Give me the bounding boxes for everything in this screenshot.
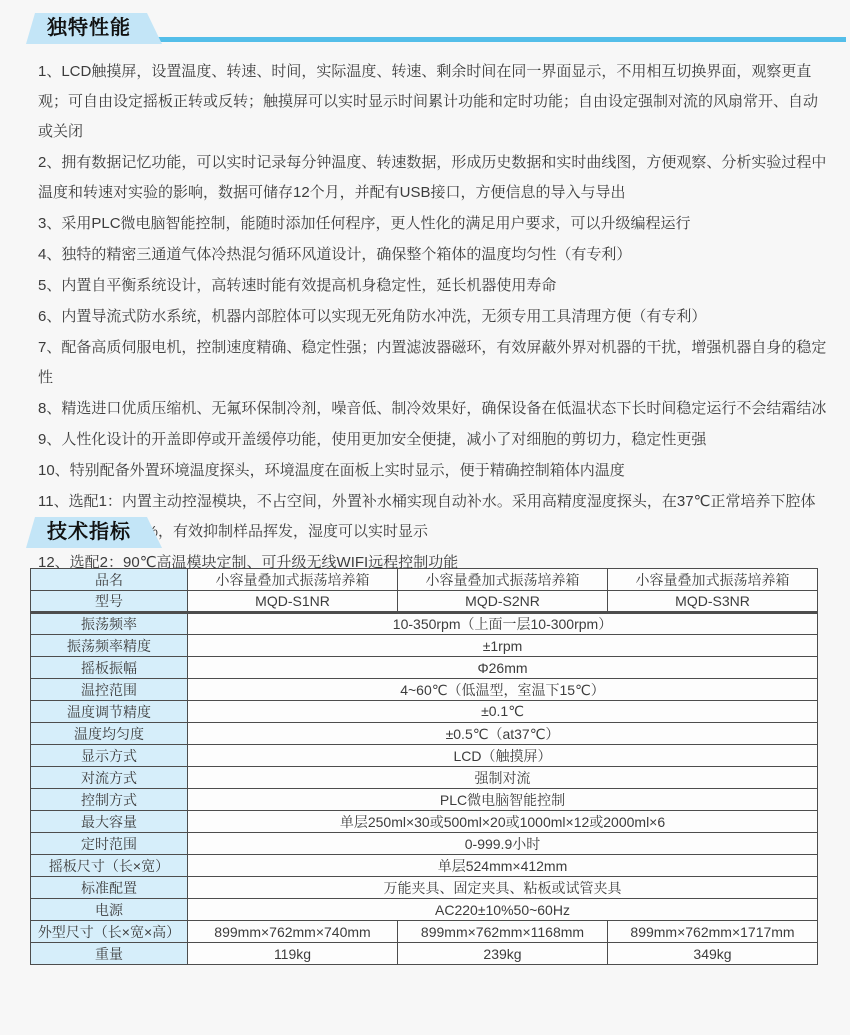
spec-row: 振荡频率10-350rpm（上面一层10-300rpm） bbox=[31, 613, 818, 635]
section-header-tech-specs: 技术指标 bbox=[26, 517, 162, 548]
spec-value-cell: 0-999.9小时 bbox=[188, 833, 818, 855]
spec-row: 摇板尺寸（长×宽）单层524mm×412mm bbox=[31, 855, 818, 877]
spec-row: 品名小容量叠加式振荡培养箱小容量叠加式振荡培养箱小容量叠加式振荡培养箱 bbox=[31, 569, 818, 591]
spec-value-cell: 小容量叠加式振荡培养箱 bbox=[188, 569, 398, 591]
feature-item: 1、LCD触摸屏，设置温度、转速、时间，实际温度、转速、剩余时间在同一界面显示，… bbox=[38, 57, 828, 147]
spec-value-cell: ±0.1℃ bbox=[188, 701, 818, 723]
spec-label-cell: 最大容量 bbox=[31, 811, 188, 833]
spec-label-cell: 标准配置 bbox=[31, 877, 188, 899]
spec-row: 对流方式强制对流 bbox=[31, 767, 818, 789]
spec-label-cell: 重量 bbox=[31, 943, 188, 965]
spec-label-cell: 温度调节精度 bbox=[31, 701, 188, 723]
section-header-unique-features: 独特性能 bbox=[26, 13, 162, 44]
spec-row: 重量119kg239kg349kg bbox=[31, 943, 818, 965]
spec-label-cell: 定时范围 bbox=[31, 833, 188, 855]
spec-row: 温度调节精度±0.1℃ bbox=[31, 701, 818, 723]
spec-row: 定时范围0-999.9小时 bbox=[31, 833, 818, 855]
spec-value-cell: 小容量叠加式振荡培养箱 bbox=[608, 569, 818, 591]
spec-label-cell: 外型尺寸（长×宽×高） bbox=[31, 921, 188, 943]
specs-table: 品名小容量叠加式振荡培养箱小容量叠加式振荡培养箱小容量叠加式振荡培养箱型号MQD… bbox=[30, 568, 818, 965]
feature-item: 8、精选进口优质压缩机、无氟环保制冷剂，噪音低、制冷效果好，确保设备在低温状态下… bbox=[38, 394, 828, 424]
feature-item: 5、内置自平衡系统设计，高转速时能有效提高机身稳定性，延长机器使用寿命 bbox=[38, 271, 828, 301]
spec-value-cell: 349kg bbox=[608, 943, 818, 965]
spec-value-cell: AC220±10%50~60Hz bbox=[188, 899, 818, 921]
spec-label-cell: 控制方式 bbox=[31, 789, 188, 811]
spec-value-cell: 239kg bbox=[398, 943, 608, 965]
spec-value-cell: PLC微电脑智能控制 bbox=[188, 789, 818, 811]
spec-row: 振荡频率精度±1rpm bbox=[31, 635, 818, 657]
spec-label-cell: 型号 bbox=[31, 591, 188, 613]
spec-label-cell: 摇板尺寸（长×宽） bbox=[31, 855, 188, 877]
feature-item: 9、人性化设计的开盖即停或开盖缓停功能，使用更加安全便捷，减小了对细胞的剪切力，… bbox=[38, 425, 828, 455]
spec-row: 最大容量单层250ml×30或500ml×20或1000ml×12或2000ml… bbox=[31, 811, 818, 833]
spec-label-cell: 对流方式 bbox=[31, 767, 188, 789]
spec-value-cell: 899mm×762mm×1717mm bbox=[608, 921, 818, 943]
spec-value-cell: MQD-S1NR bbox=[188, 591, 398, 613]
spec-row: 温控范围4~60℃（低温型，室温下15℃） bbox=[31, 679, 818, 701]
feature-item: 2、拥有数据记忆功能，可以实时记录每分钟温度、转速数据，形成历史数据和实时曲线图… bbox=[38, 148, 828, 208]
feature-item: 3、采用PLC微电脑智能控制，能随时添加任何程序，更人性化的满足用户要求，可以升… bbox=[38, 209, 828, 239]
spec-value-cell: MQD-S2NR bbox=[398, 591, 608, 613]
feature-list: 1、LCD触摸屏，设置温度、转速、时间，实际温度、转速、剩余时间在同一界面显示，… bbox=[38, 57, 828, 579]
spec-row: 电源AC220±10%50~60Hz bbox=[31, 899, 818, 921]
spec-value-cell: ±0.5℃（at37℃） bbox=[188, 723, 818, 745]
spec-row: 外型尺寸（长×宽×高）899mm×762mm×740mm899mm×762mm×… bbox=[31, 921, 818, 943]
header-accent-line bbox=[92, 37, 846, 42]
spec-value-cell: Φ26mm bbox=[188, 657, 818, 679]
spec-value-cell: LCD（触摸屏） bbox=[188, 745, 818, 767]
spec-row: 显示方式LCD（触摸屏） bbox=[31, 745, 818, 767]
spec-value-cell: 899mm×762mm×1168mm bbox=[398, 921, 608, 943]
spec-row: 型号MQD-S1NRMQD-S2NRMQD-S3NR bbox=[31, 591, 818, 613]
spec-value-cell: 899mm×762mm×740mm bbox=[188, 921, 398, 943]
section-title-unique-features: 独特性能 bbox=[26, 13, 162, 44]
spec-label-cell: 振荡频率精度 bbox=[31, 635, 188, 657]
spec-label-cell: 电源 bbox=[31, 899, 188, 921]
feature-item: 6、内置导流式防水系统，机器内部腔体可以实现无死角防水冲洗，无须专用工具清理方便… bbox=[38, 302, 828, 332]
spec-label-cell: 温控范围 bbox=[31, 679, 188, 701]
spec-value-cell: 强制对流 bbox=[188, 767, 818, 789]
spec-value-cell: 小容量叠加式振荡培养箱 bbox=[398, 569, 608, 591]
spec-value-cell: 119kg bbox=[188, 943, 398, 965]
feature-item: 10、特别配备外置环境温度探头，环境温度在面板上实时显示，便于精确控制箱体内温度 bbox=[38, 456, 828, 486]
spec-row: 标准配置万能夹具、固定夹具、粘板或试管夹具 bbox=[31, 877, 818, 899]
spec-row: 控制方式PLC微电脑智能控制 bbox=[31, 789, 818, 811]
spec-row: 温度均匀度±0.5℃（at37℃） bbox=[31, 723, 818, 745]
section-title-tech-specs: 技术指标 bbox=[26, 517, 162, 548]
spec-value-cell: MQD-S3NR bbox=[608, 591, 818, 613]
spec-label-cell: 摇板振幅 bbox=[31, 657, 188, 679]
feature-item: 7、配备高质伺服电机，控制速度精确、稳定性强；内置滤波器磁环，有效屏蔽外界对机器… bbox=[38, 333, 828, 393]
spec-label-cell: 品名 bbox=[31, 569, 188, 591]
spec-value-cell: 万能夹具、固定夹具、粘板或试管夹具 bbox=[188, 877, 818, 899]
spec-value-cell: 单层524mm×412mm bbox=[188, 855, 818, 877]
feature-item: 4、独特的精密三通道气体冷热混匀循环风道设计，确保整个箱体的温度均匀性（有专利） bbox=[38, 240, 828, 270]
spec-value-cell: 单层250ml×30或500ml×20或1000ml×12或2000ml×6 bbox=[188, 811, 818, 833]
spec-row: 摇板振幅Φ26mm bbox=[31, 657, 818, 679]
spec-label-cell: 温度均匀度 bbox=[31, 723, 188, 745]
spec-label-cell: 振荡频率 bbox=[31, 613, 188, 635]
spec-value-cell: ±1rpm bbox=[188, 635, 818, 657]
spec-value-cell: 10-350rpm（上面一层10-300rpm） bbox=[188, 613, 818, 635]
spec-sheet-page: 独特性能 1、LCD触摸屏，设置温度、转速、时间，实际温度、转速、剩余时间在同一… bbox=[0, 0, 850, 1035]
spec-value-cell: 4~60℃（低温型，室温下15℃） bbox=[188, 679, 818, 701]
spec-label-cell: 显示方式 bbox=[31, 745, 188, 767]
